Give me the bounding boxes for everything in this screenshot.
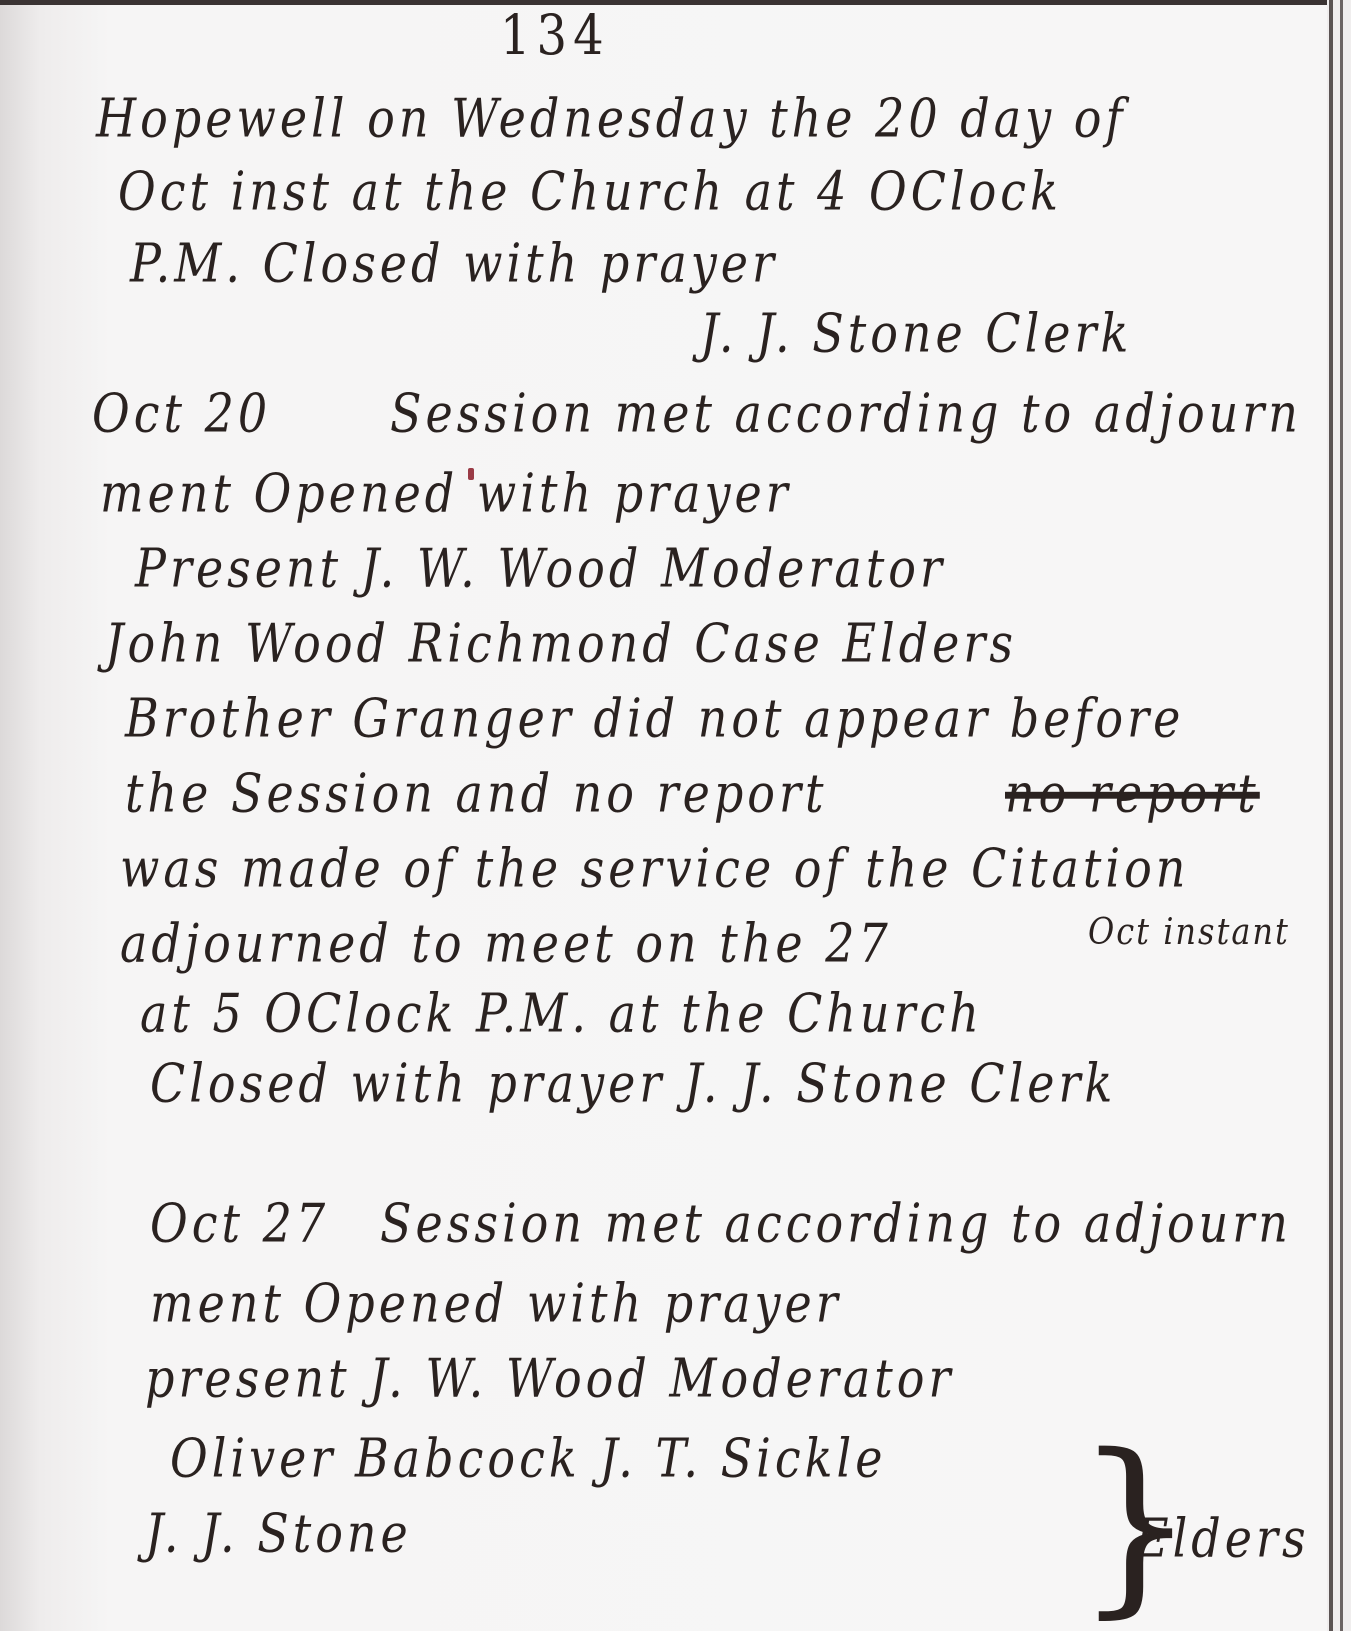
entry-line: Oliver Babcock J. T. Sickle xyxy=(170,1427,886,1489)
elders-label: Elders xyxy=(1135,1507,1310,1569)
entry-line: J. J. Stone xyxy=(145,1502,412,1564)
page-top-edge xyxy=(0,0,1351,5)
entry-line: the Session and no report xyxy=(125,762,827,824)
entry-line: present J. W. Wood Moderator xyxy=(145,1347,954,1409)
entry-line: at 5 OClock P.M. at the Church xyxy=(140,982,983,1044)
entry-line: Hopewell on Wednesday the 20 day of xyxy=(96,87,1127,149)
binding-rule xyxy=(1329,0,1333,1631)
page-number: 134 xyxy=(500,4,610,68)
entry-date: Oct 27 xyxy=(150,1192,329,1254)
interlinear-note: Oct instant xyxy=(1088,909,1290,953)
page-binding-edge xyxy=(1327,0,1351,1631)
entry-line: was made of the service of the Citation xyxy=(120,837,1189,899)
entry-line: adjourned to meet on the 27 xyxy=(120,912,892,974)
clerk-signature: J. J. Stone Clerk xyxy=(700,302,1132,364)
entry-line: Brother Granger did not appear before xyxy=(125,687,1184,749)
entry-line: Closed with prayer J. J. Stone Clerk xyxy=(150,1052,1116,1114)
struck-text: no report xyxy=(1005,762,1260,824)
entry-line: ment Opened with prayer xyxy=(100,462,792,524)
entry-line: Session met according to adjourn xyxy=(380,1192,1292,1254)
entry-line: Oct inst at the Church at 4 OClock xyxy=(118,160,1062,222)
entry-line: Session met according to adjourn xyxy=(390,382,1302,444)
entry-date: Oct 20 xyxy=(92,382,271,444)
entry-line: P.M. Closed with prayer xyxy=(130,232,778,294)
manuscript-page: 134 Hopewell on Wednesday the 20 day of … xyxy=(0,0,1351,1631)
binding-rule xyxy=(1340,0,1343,1631)
entry-line: Present J. W. Wood Moderator xyxy=(135,537,946,599)
entry-line: John Wood Richmond Case Elders xyxy=(105,612,1017,674)
entry-line: ment Opened with prayer xyxy=(150,1272,842,1334)
